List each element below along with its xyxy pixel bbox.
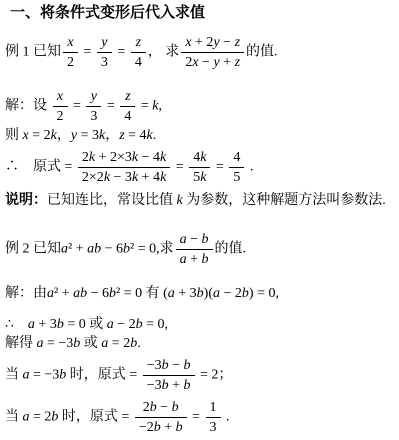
math-operator: = −3 xyxy=(44,336,74,351)
math-operator: , xyxy=(158,99,162,114)
math-operator: = 2 xyxy=(30,410,52,425)
fraction: −3b − b−3b + b xyxy=(143,357,195,394)
fraction-numerator: 2k + 2×3k − 4k xyxy=(78,149,170,168)
math-operator: = xyxy=(172,160,187,175)
math-variable: z xyxy=(235,35,240,50)
text-run: 已知连比，常设比值 xyxy=(47,193,177,208)
fraction-numerator: z xyxy=(131,34,146,53)
text-run: 解：设 xyxy=(5,99,51,114)
math-operator: + xyxy=(169,378,184,393)
text-run: 例 2 已知 xyxy=(5,242,61,257)
math-operator: ² = 0 xyxy=(116,286,142,301)
fraction: x + 2y − z2x − y + z xyxy=(181,34,244,71)
text-run: 的值. xyxy=(246,45,278,60)
fraction-denominator: a + b xyxy=(176,250,213,268)
math-operator: ) = 0, xyxy=(249,286,279,301)
example2-problem-line: 例 2 已知a² + ab − 6b² = 0,求a − ba + b的值. xyxy=(5,231,395,268)
math-operator: −2 xyxy=(139,420,154,435)
math-text: z = 4k. xyxy=(119,128,156,143)
fraction: x2 xyxy=(53,88,68,125)
math-text: a = 2b. xyxy=(101,336,140,351)
example2-case1-line: 当 a = −3b 时，原式 = −3b − b−3b + b = 2； xyxy=(5,357,395,394)
math-operator: − xyxy=(157,400,172,415)
fraction: y3 xyxy=(97,34,112,71)
text-run: 例 1 已知 xyxy=(5,45,61,60)
math-variable: b xyxy=(109,286,116,301)
math-operator: + 3 xyxy=(35,317,57,332)
math-operator: − xyxy=(199,55,214,70)
math-operator: 2 xyxy=(67,55,74,70)
example1-setup-line: 解：设 x2 = y3 = z4 = k, xyxy=(5,88,395,125)
math-variable: a xyxy=(61,242,68,257)
math-operator: = 3 xyxy=(77,128,99,143)
math-variable: a xyxy=(180,252,187,267)
math-variable: k xyxy=(200,170,206,185)
math-operator: − 6 xyxy=(101,242,123,257)
math-operator: − 3 xyxy=(110,170,132,185)
math-variable: b xyxy=(184,358,191,373)
math-operator: ² + xyxy=(68,242,87,257)
math-operator: 3 xyxy=(101,55,108,70)
fraction-numerator: 2b − b xyxy=(135,399,187,418)
math-variable: a xyxy=(28,317,35,332)
text-run: 当 xyxy=(5,410,23,425)
fraction-numerator: z xyxy=(120,88,135,107)
math-variable: b xyxy=(176,420,183,435)
math-variable: a xyxy=(23,368,30,383)
math-operator: − 2 xyxy=(114,317,136,332)
math-variable: b xyxy=(197,286,204,301)
math-variable: z xyxy=(235,55,240,70)
math-operator: + 4 xyxy=(138,170,160,185)
math-operator: = xyxy=(137,99,152,114)
math-operator: 5 xyxy=(233,170,240,185)
math-operator: = xyxy=(70,99,85,114)
math-variable: ab xyxy=(87,242,101,257)
fraction-numerator: 1 xyxy=(206,399,221,418)
example1-evaluation-line: ∴ 原式 = 2k + 2×3k − 4k2×2k − 3k + 4k = 4k… xyxy=(5,149,395,186)
fraction-denominator: 5k xyxy=(189,168,210,186)
math-operator: + xyxy=(187,252,202,267)
fraction: 45 xyxy=(229,149,244,186)
example1-problem-line: 例 1 已知x2 = y3 = z4， 求x + 2y − z2x − y + … xyxy=(5,34,395,71)
math-variable: k xyxy=(160,150,166,165)
math-text: = k, xyxy=(137,99,162,114)
math-operator: −3 xyxy=(147,378,162,393)
math-operator: = xyxy=(114,45,129,60)
text-run: 有 xyxy=(142,286,163,301)
math-operator: . xyxy=(153,128,157,143)
fraction-denominator: 2 xyxy=(63,53,78,71)
fraction: 13 xyxy=(206,399,221,436)
text-run: . xyxy=(223,410,230,425)
math-operator: − xyxy=(187,232,202,247)
math-variable: b xyxy=(202,252,209,267)
text-run: 当 xyxy=(5,368,23,383)
math-variable: b xyxy=(150,400,157,415)
text-run: ， xyxy=(105,128,119,143)
math-variable: a xyxy=(213,286,220,301)
math-operator: . xyxy=(137,336,141,351)
math-text: = xyxy=(80,45,95,60)
math-variable: z xyxy=(136,35,141,50)
math-variable: b xyxy=(136,317,143,332)
math-text: a = −3b xyxy=(23,368,67,383)
fraction: z4 xyxy=(120,88,135,125)
math-text: a² + ab − 6b² = 0 xyxy=(47,286,142,301)
page-title: 一、将条件式变形后代入求值 xyxy=(10,4,395,21)
math-text: a = 2b xyxy=(23,410,59,425)
math-operator: 3 xyxy=(210,420,217,435)
math-variable: b xyxy=(57,317,64,332)
fraction-numerator: x + 2y − z xyxy=(181,34,244,53)
math-operator: )( xyxy=(204,286,213,301)
fraction-numerator: y xyxy=(86,88,101,107)
text-run: ∴ 原式 = xyxy=(5,160,76,175)
text-run: 时，原式 = xyxy=(66,368,140,383)
text-run: 则 xyxy=(5,128,23,143)
math-operator: + 2 xyxy=(192,35,214,50)
math-operator: ² = 0, xyxy=(130,242,160,257)
math-text: = xyxy=(172,160,187,175)
fraction-denominator: 3 xyxy=(86,107,101,125)
fraction: z4 xyxy=(131,34,146,71)
text-run: ∴ xyxy=(5,317,28,332)
math-variable: b xyxy=(162,358,169,373)
math-operator: − xyxy=(220,35,235,50)
emphasis-text: 说明： xyxy=(5,192,47,208)
example1-substitution-line: 则 x = 2k，y = 3k，z = 4k. xyxy=(5,127,395,145)
math-operator: + xyxy=(220,55,235,70)
math-variable: b xyxy=(172,400,179,415)
fraction-numerator: x xyxy=(53,88,68,107)
example2-factoring-line: 解：由a² + ab − 6b² = 0 有 (a + 3b)(a − 2b) … xyxy=(5,285,395,303)
fraction: y3 xyxy=(86,88,101,125)
fraction-denominator: 3 xyxy=(97,53,112,71)
math-variable: x xyxy=(67,35,73,50)
math-operator: 2 xyxy=(82,150,89,165)
math-text: a² + ab − 6b² = 0, xyxy=(61,242,160,257)
math-operator: = xyxy=(80,45,95,60)
math-operator: ² + xyxy=(54,286,73,301)
math-operator: = xyxy=(212,160,227,175)
math-operator: = xyxy=(103,99,118,114)
math-operator: 2 xyxy=(57,109,64,124)
fraction-denominator: 2x − y + z xyxy=(181,53,244,71)
page: { "title": { "text": "一、将条件式变形后代入求值" }, … xyxy=(0,0,399,440)
math-operator: 2×2 xyxy=(82,170,104,185)
text-run: ； xyxy=(218,368,232,383)
math-text: a + 3b = 0 xyxy=(28,317,86,332)
math-operator: − 6 xyxy=(87,286,109,301)
math-operator: = xyxy=(189,410,204,425)
math-operator: = 0 xyxy=(64,317,86,332)
math-variable: a xyxy=(180,232,187,247)
math-text: = xyxy=(103,99,118,114)
text-run: 求 xyxy=(160,242,174,257)
math-operator: = 4 xyxy=(125,128,147,143)
math-text: = xyxy=(189,410,204,425)
math-variable: a xyxy=(168,286,175,301)
math-operator: + 2×3 xyxy=(95,150,132,165)
math-operator: − 4 xyxy=(138,150,160,165)
example2-cases-line: ∴ a + 3b = 0 或 a − 2b = 0, xyxy=(5,316,395,334)
math-text: a = −3b xyxy=(37,336,81,351)
fraction-denominator: 2 xyxy=(53,107,68,125)
text-run: 或 xyxy=(80,336,101,351)
math-text: = xyxy=(114,45,129,60)
math-operator: 4 xyxy=(135,55,142,70)
text-run: 解得 xyxy=(5,336,37,351)
math-operator: 3 xyxy=(90,109,97,124)
math-variable: b xyxy=(202,232,209,247)
remark-line: 说明：已知连比，常设比值 k 为参数，这种解题方法叫参数法. xyxy=(5,191,395,210)
fraction: a − ba + b xyxy=(176,231,213,268)
math-text: (a + 3b)(a − 2b) = 0, xyxy=(163,286,279,301)
fraction-denominator: 2×2k − 3k + 4k xyxy=(78,168,170,186)
math-operator: = 2 xyxy=(29,128,51,143)
math-variable: b xyxy=(123,242,130,257)
fraction-numerator: y xyxy=(97,34,112,53)
math-operator: −3 xyxy=(147,358,162,373)
math-text: = 2 xyxy=(197,368,219,383)
math-operator: − xyxy=(169,358,184,373)
math-operator: + xyxy=(161,420,176,435)
fraction-numerator: a − b xyxy=(176,231,213,250)
math-variable: a xyxy=(23,410,30,425)
math-variable: a xyxy=(107,317,114,332)
math-operator: − 2 xyxy=(220,286,242,301)
math-variable: b xyxy=(162,378,169,393)
text-run: ， 求 xyxy=(148,45,180,60)
text-run: 时，原式 = xyxy=(58,410,132,425)
math-variable: x xyxy=(57,89,63,104)
math-text: = xyxy=(212,160,227,175)
fraction: 2k + 2×3k − 4k2×2k − 3k + 4k xyxy=(78,149,170,186)
math-variable: b xyxy=(242,286,249,301)
math-operator: 2 xyxy=(143,400,150,415)
fraction-numerator: 4k xyxy=(189,149,210,168)
example2-solve-line: 解得 a = −3b 或 a = 2b. xyxy=(5,335,395,353)
example2-case2-line: 当 a = 2b 时，原式 = 2b − b−2b + b = 13 . xyxy=(5,399,395,436)
fraction-denominator: −2b + b xyxy=(135,418,187,436)
math-variable: z xyxy=(125,89,130,104)
math-operator: = 2 xyxy=(108,336,130,351)
math-variable: y xyxy=(91,89,97,104)
text-run: 解：由 xyxy=(5,286,47,301)
fraction-numerator: 4 xyxy=(229,149,244,168)
math-variable: b xyxy=(184,378,191,393)
math-text: = xyxy=(70,99,85,114)
math-variable: b xyxy=(154,420,161,435)
text-run: ， xyxy=(57,128,71,143)
fraction: x2 xyxy=(63,34,78,71)
text-run: 的值. xyxy=(215,242,247,257)
math-text: a − 2b = 0, xyxy=(107,317,168,332)
math-variable: k xyxy=(160,170,166,185)
math-variable: a xyxy=(37,336,44,351)
fraction-denominator: 3 xyxy=(206,418,221,436)
math-operator: 1 xyxy=(210,400,217,415)
math-text: x = 2k xyxy=(23,128,57,143)
math-variable: k xyxy=(200,150,206,165)
math-operator: = 2 xyxy=(197,368,219,383)
math-operator: 4 xyxy=(233,150,240,165)
fraction-denominator: 4 xyxy=(120,107,135,125)
fraction-numerator: −3b − b xyxy=(143,357,195,376)
fraction-denominator: −3b + b xyxy=(143,376,195,394)
fraction-denominator: 5 xyxy=(229,168,244,186)
fraction-numerator: x xyxy=(63,34,78,53)
math-variable: ab xyxy=(73,286,87,301)
text-run: . xyxy=(246,160,253,175)
math-operator: = 0, xyxy=(143,317,168,332)
fraction: 4k5k xyxy=(189,149,210,186)
text-run: 或 xyxy=(86,317,107,332)
document-body: 例 1 已知x2 = y3 = z4， 求x + 2y − z2x − y + … xyxy=(5,34,395,436)
math-operator: + 3 xyxy=(175,286,197,301)
math-operator: = −3 xyxy=(30,368,60,383)
fraction: 2b − b−2b + b xyxy=(135,399,187,436)
math-text: y = 3k xyxy=(71,128,105,143)
math-operator: 4 xyxy=(124,109,131,124)
text-run: 为参数，这种解题方法叫参数法. xyxy=(183,193,386,208)
fraction-denominator: 4 xyxy=(131,53,146,71)
math-variable: a xyxy=(47,286,54,301)
math-variable: y xyxy=(101,35,107,50)
